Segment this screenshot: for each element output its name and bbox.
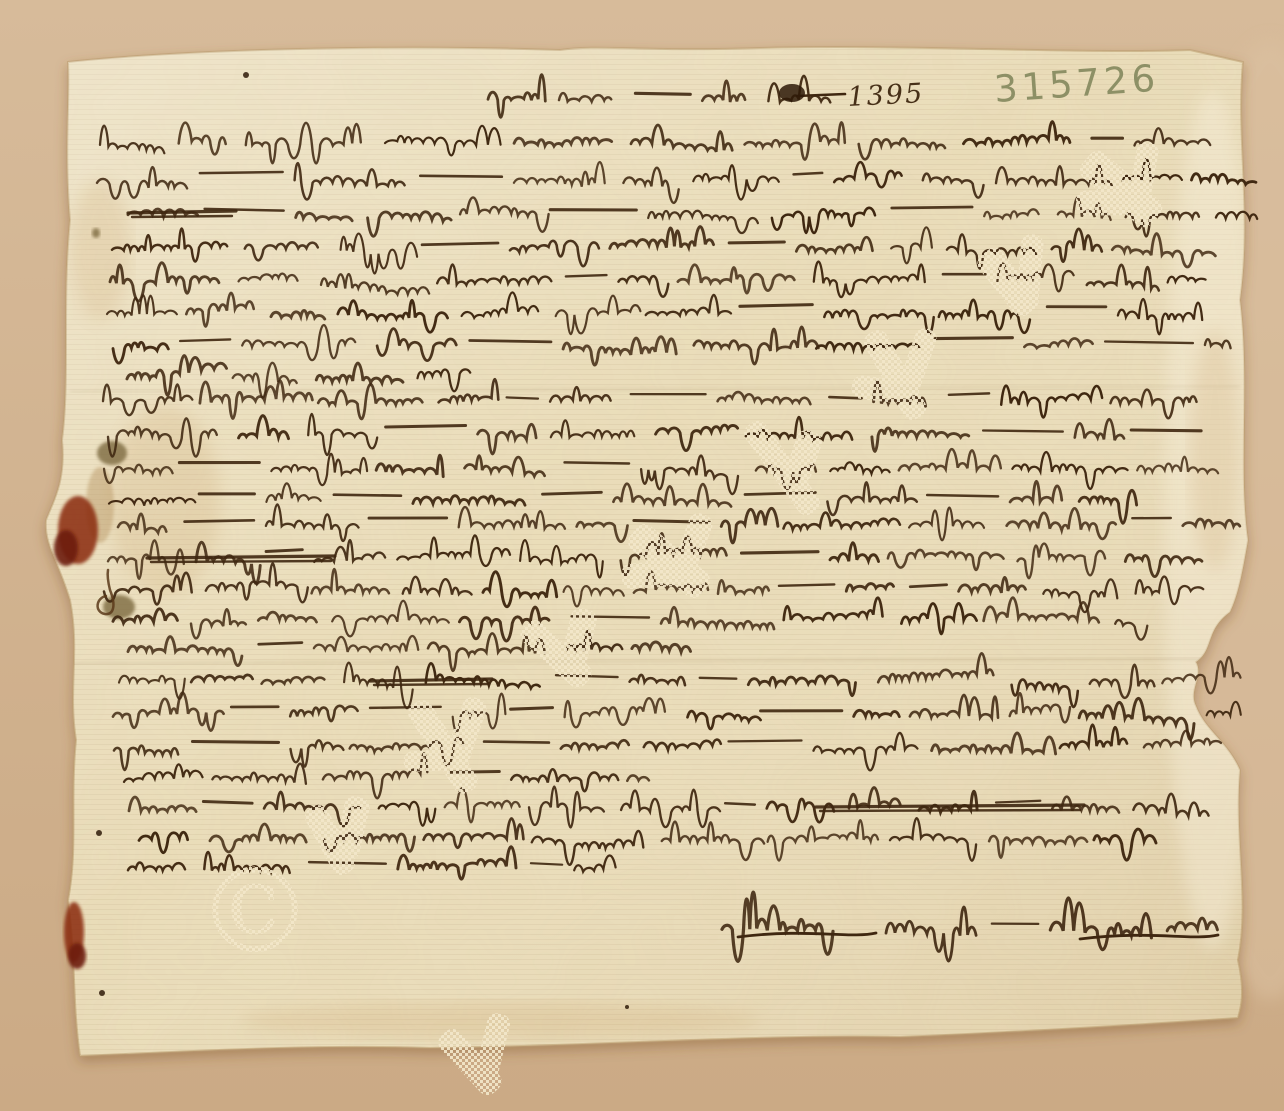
scan-area: © 1395 315726 xyxy=(0,0,1284,1111)
manuscript-scan: © 1395 315726 xyxy=(0,0,1284,1111)
archive-watermark xyxy=(0,0,1284,1111)
